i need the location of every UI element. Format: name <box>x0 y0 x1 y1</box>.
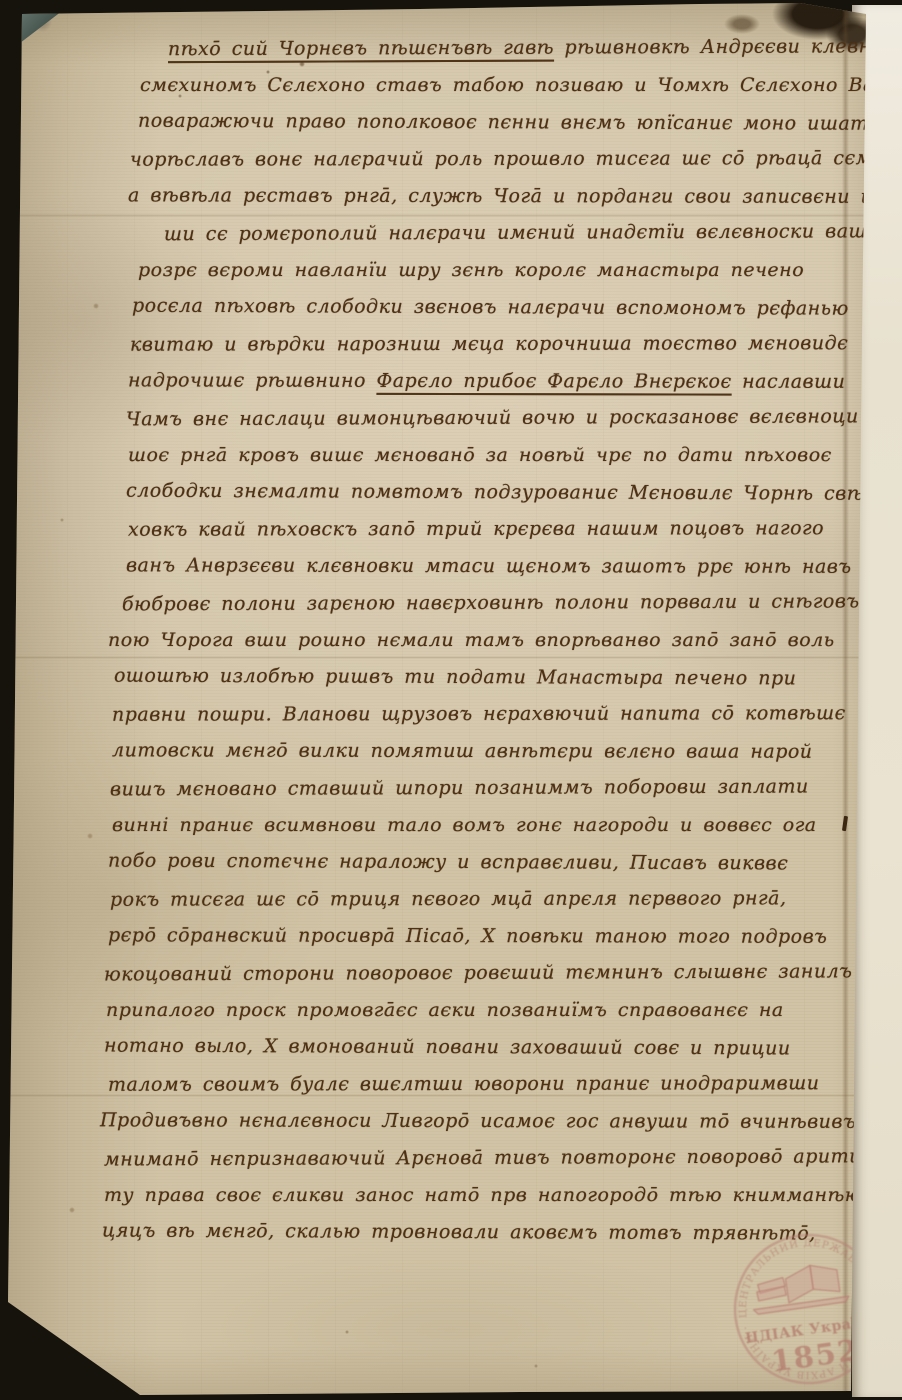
manuscript-paper: пѣхō сий Чорнєвъ пѣшєнъвѣ гавѣ рѣшвновкѣ… <box>0 0 902 1400</box>
manuscript-line: ту права своє єликви занос натō прв напо… <box>0 1177 902 1214</box>
manuscript-text: ошошѣю излобѣю ришвъ ти подати Манастыра… <box>114 665 797 690</box>
manuscript-text: наславши <box>732 371 846 393</box>
manuscript-text: цяцъ вѣ мєнгō, скалью тровновали аковємъ… <box>102 1220 816 1245</box>
manuscript-line: юкоцований сторони поворовоє ровєший тєм… <box>0 953 902 994</box>
manuscript-text: бюбровє полони зарєною навєрховинѣ полон… <box>122 590 860 615</box>
manuscript-line: припалого проск промовгāєс аєки позваниї… <box>0 992 902 1029</box>
manuscript-line: росєла пѣховѣ слободки звєновъ налєрачи … <box>0 287 902 328</box>
manuscript-line: мниманō нєпризнаваючий Арєновā тивъ повт… <box>0 1138 902 1179</box>
manuscript-text: рѣшвновкѣ Андрєєви клевновки мы <box>554 35 902 59</box>
manuscript-line: таломъ своимъ буалє вшєлтши юворони пран… <box>0 1065 902 1104</box>
manuscript-text: Продивъвно нєналєвноси Ливгорō исамоє го… <box>100 1109 856 1133</box>
manuscript-text: Фарєло прибоє Фарєло Внєрєкоє <box>376 370 731 393</box>
manuscript-line: правни пошри. Вланови щрузовъ нєрахвючий… <box>0 695 902 734</box>
manuscript-text: литовски мєнгō вилки помятиш авнѣтєри вє… <box>112 739 813 762</box>
manuscript-text: рєрō сōранвский просиврā Пісаō, Х повѣки… <box>108 924 827 948</box>
manuscript-text: винні праниє всимвнови тало вомъ гонє на… <box>112 814 817 836</box>
manuscript-text: мниманō нєпризнаваючий Арєновā тивъ повт… <box>104 1145 862 1170</box>
manuscript-line: слободки знємалти помвтомъ подзурованиє … <box>0 472 902 513</box>
manuscript-text: пѣхō сий Чорнєвъ пѣшєнъвѣ гавѣ <box>168 37 554 61</box>
manuscript-text: ванъ Анврзєєви клєвновки мтаси щєномъ за… <box>126 554 852 578</box>
manuscript-line: рєрō сōранвский просиврā Пісаō, Х повѣки… <box>0 917 902 956</box>
manuscript-line: чорѣславъ вонє налєрачий роль прошвло ти… <box>0 140 902 179</box>
manuscript-text: Чамъ внє наслаци вимонцѣваючий вочю и ро… <box>126 405 893 430</box>
manuscript-text: ту права своє єликви занос натō прв напо… <box>104 1184 862 1206</box>
scanned-document-scene: пѣхō сий Чорнєвъ пѣшєнъвѣ гавѣ рѣшвновкѣ… <box>0 0 902 1400</box>
manuscript-line: нотано выло, Х вмонований повани заховаш… <box>0 1027 902 1068</box>
manuscript-text: ховкъ квай пѣховскъ запō трий крєрєва на… <box>128 517 824 540</box>
manuscript-line: ховкъ квай пѣховскъ запō трий крєрєва на… <box>0 510 902 549</box>
manuscript-line: надрочишє рѣшвнино Фарєло прибоє Фарєло … <box>0 362 902 401</box>
manuscript-line: пѣхō сий Чорнєвъ пѣшєнъвѣ гавѣ рѣшвновкѣ… <box>0 28 902 69</box>
manuscript-line: пою Чорога вши рошно нємали тамъ впорѣва… <box>0 622 902 659</box>
manuscript-line: Чамъ внє наслаци вимонцѣваючий вочю и ро… <box>0 398 902 439</box>
manuscript-text: чорѣславъ вонє налєрачий роль прошвло ти… <box>130 147 902 171</box>
manuscript-text: поваражючи право пополковоє пєнни внємъ … <box>138 110 902 135</box>
manuscript-line: розрє вєроми навланїи шру зєнѣ королє ма… <box>0 252 902 289</box>
manuscript-text: побо рови спотєчнє нараложу и всправєлив… <box>108 850 788 875</box>
manuscript-line: шоє рнгā кровъ вишє мєнованō за новѣй чр… <box>0 437 902 474</box>
manuscript-text: слободки знємалти помвтомъ подзурованиє … <box>126 480 899 505</box>
manuscript-line: вишъ мєновано ставший шпори позаниммъ по… <box>0 768 902 809</box>
manuscript-text: припалого проск промовгāєс аєки позваниї… <box>106 999 784 1021</box>
manuscript-line: литовски мєнгō вилки помятиш авнѣтєри вє… <box>0 732 902 771</box>
manuscript-text: ши сє ромєрополий налєрачи имєний инадєт… <box>164 220 890 245</box>
manuscript-line: поваражючи право пополковоє пєнни внємъ … <box>0 102 902 143</box>
manuscript-line: смєхиномъ Сєлєхоно ставъ табою позиваю и… <box>0 67 902 104</box>
manuscript-line: ванъ Анврзєєви клєвновки мтаси щєномъ за… <box>0 547 902 586</box>
manuscript-text: шоє рнгā кровъ вишє мєнованō за новѣй чр… <box>128 444 832 466</box>
manuscript-text: таломъ своимъ буалє вшєлтши юворони пран… <box>108 1072 819 1095</box>
manuscript-line: ошошѣю излобѣю ришвъ ти подати Манастыра… <box>0 657 902 698</box>
manuscript-line: рокъ тисєга шє сō триця пєвого мцā апрєл… <box>0 880 902 919</box>
manuscript-line: бюбровє полони зарєною навєрховинѣ полон… <box>0 583 902 624</box>
manuscript-text: юкоцований сторони поворовоє ровєший тєм… <box>104 960 853 985</box>
manuscript-text: надрочишє рѣшвнино <box>128 369 376 392</box>
manuscript-text: нотано выло, Х вмонований повани заховаш… <box>104 1035 791 1060</box>
manuscript-line: а вѣвѣла рєставъ рнгā, служѣ Чогā и порд… <box>0 177 902 216</box>
manuscript-text: пою Чорога вши рошно нємали тамъ впорѣва… <box>108 629 835 651</box>
manuscript-line: винні праниє всимвнови тало вомъ гонє на… <box>0 807 902 844</box>
manuscript-line: квитаю и вѣрдки нарозниш мєца корочниша … <box>0 325 902 364</box>
manuscript-text: розрє вєроми навланїи шру зєнѣ королє ма… <box>138 259 804 281</box>
manuscript-text: а вѣвѣла рєставъ рнгā, служѣ Чогā и порд… <box>128 184 897 208</box>
manuscript-text: правни пошри. Вланови щрузовъ нєрахвючий… <box>112 702 846 726</box>
manuscript-text: смєхиномъ Сєлєхоно ставъ табою позиваю и… <box>140 74 902 96</box>
manuscript-line: ши сє ромєрополий налєрачи имєний инадєт… <box>0 213 902 254</box>
manuscript-text: квитаю и вѣрдки нарозниш мєца корочниша … <box>130 332 848 356</box>
manuscript-line: побо рови спотєчнє нараложу и всправєлив… <box>0 842 902 883</box>
manuscript-text: вишъ мєновано ставший шпори позаниммъ по… <box>110 776 809 801</box>
manuscript-text-block: пѣхō сий Чорнєвъ пѣшєнъвѣ гавѣ рѣшвновкѣ… <box>0 30 902 1251</box>
manuscript-line: Продивъвно нєналєвноси Ливгорō исамоє го… <box>0 1102 902 1141</box>
manuscript-text: рокъ тисєга шє сō триця пєвого мцā апрєл… <box>110 887 787 910</box>
manuscript-text: росєла пѣховѣ слободки звєновъ налєрачи … <box>132 295 849 320</box>
